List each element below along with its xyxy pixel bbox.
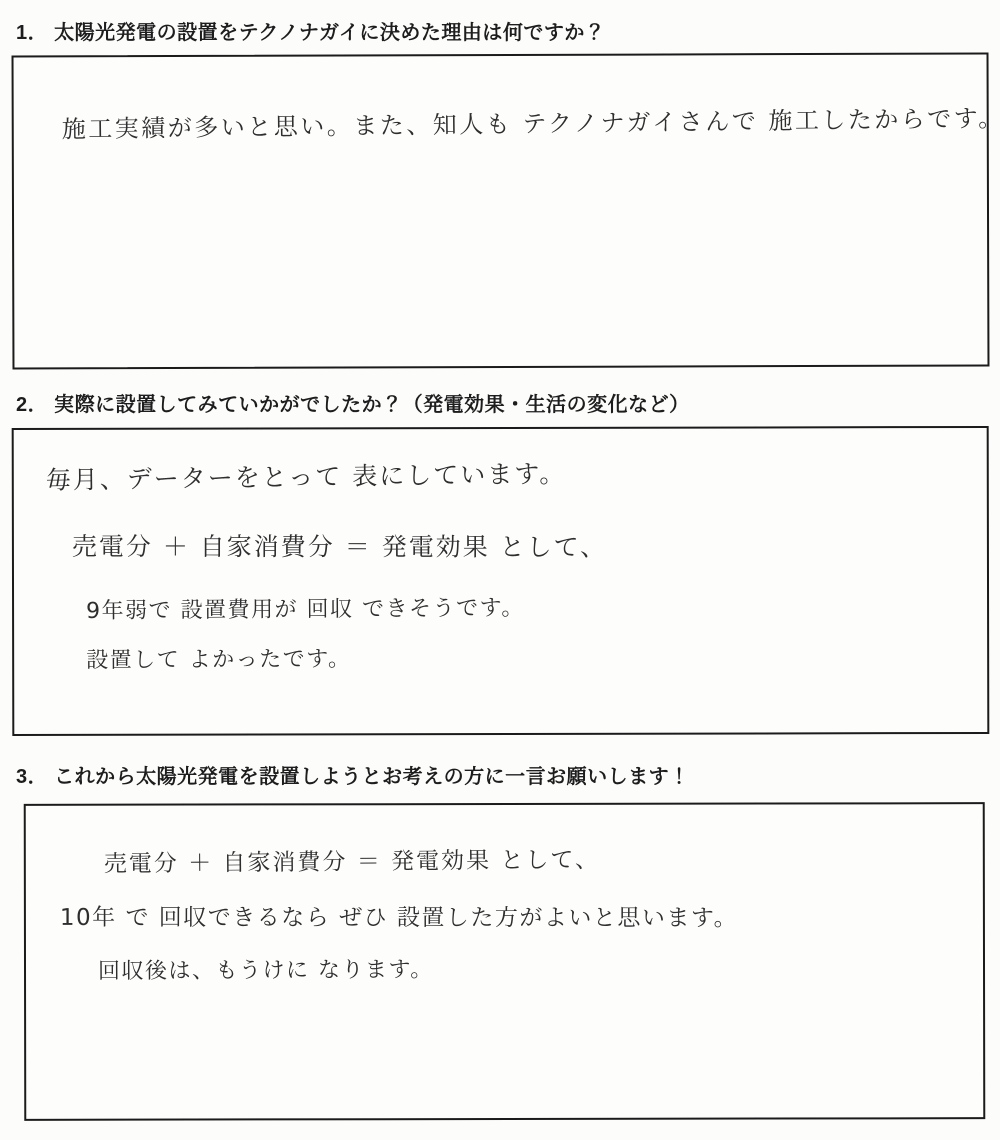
question-1-number: 1． (16, 22, 48, 44)
answer-box-3: 売電分 ＋ 自家消費分 ＝ 発電効果 として、 10年 で 回収できるなら ぜひ… (24, 802, 986, 1121)
handwritten-answer-3-line-1: 売電分 ＋ 自家消費分 ＝ 発電効果 として、 (104, 841, 600, 878)
handwritten-answer-3-line-2: 10年 で 回収できるなら ぜひ 設置した方がよいと思います。 (60, 899, 738, 933)
answer-box-2: 毎月、データーをとって 表にしています。 売電分 ＋ 自家消費分 ＝ 発電効果 … (12, 426, 990, 736)
questionnaire-scan-page: 1．太陽光発電の設置をテクノナガイに決めた理由は何ですか？ 施工実績が多いと思い… (0, 0, 1000, 1140)
answer-box-1: 施工実績が多いと思い。また、知人も テクノナガイさんで 施工したからです。 (12, 52, 990, 369)
handwritten-answer-3-line-3: 回収後は、もうけに なります。 (98, 953, 434, 986)
handwritten-answer-2-line-3: 9年弱で 設置費用が 回収 できそうです。 (86, 591, 525, 625)
question-2-number: 2． (16, 394, 48, 416)
question-2-heading: 2．実際に設置してみていかがでしたか？（発電効果・生活の変化など） (16, 388, 690, 417)
handwritten-answer-2-line-1: 毎月、データーをとって 表にしています。 (46, 454, 567, 497)
handwritten-answer-1-line-1: 施工実績が多いと思い。また、知人も テクノナガイさんで 施工したからです。 (62, 98, 1000, 144)
question-3-text: これから太陽光発電を設置しようとお考えの方に一言お願いします！ (54, 766, 690, 788)
question-3-heading: 3．これから太陽光発電を設置しようとお考えの方に一言お願いします！ (16, 760, 690, 789)
question-2-text: 実際に設置してみていかがでしたか？（発電効果・生活の変化など） (54, 394, 690, 416)
handwritten-answer-2-line-4: 設置して よかったです。 (86, 642, 351, 674)
question-3-number: 3． (16, 766, 48, 788)
question-1-text: 太陽光発電の設置をテクノナガイに決めた理由は何ですか？ (54, 22, 605, 44)
question-1-heading: 1．太陽光発電の設置をテクノナガイに決めた理由は何ですか？ (16, 16, 605, 45)
handwritten-answer-2-line-2: 売電分 ＋ 自家消費分 ＝ 発電効果 として、 (72, 527, 607, 564)
